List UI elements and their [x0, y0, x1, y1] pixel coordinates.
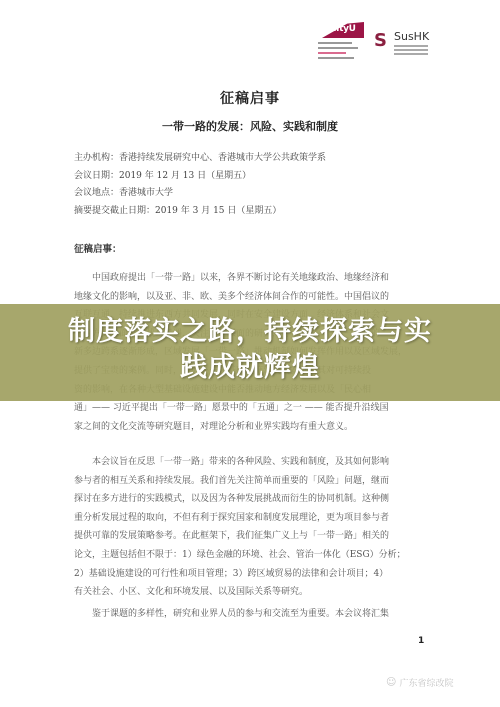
sushk-logo-name: SusHK: [394, 30, 429, 43]
page-number: 1: [418, 636, 424, 646]
paragraph-line: 探讨在多方进行的实践模式，以及因为各种发展挑战而衍生的协同机制。这种侧: [74, 490, 426, 509]
paragraph-2: 本会议旨在反思「一带一路」带来的各种风险、实践和制度，及其如何影响 参与者的相互…: [74, 453, 426, 602]
paragraph-line: 中国政府提出「一带一路」以来，各界不断讨论有关地缘政治、地缘经济和: [74, 269, 426, 288]
cityu-logo-word: CityU: [330, 24, 356, 34]
meta-date: 会议日期：2019 年 12 月 13 日（星期五）: [74, 168, 326, 186]
meta-deadline: 摘要提交截止日期：2019 年 3 月 15 日（星期五）: [74, 203, 326, 221]
document-subtitle: 一带一路的发展：风险、实践和制度: [0, 118, 500, 134]
paragraph-line: 参与者的相互关系和持续发展。我们首先关注简单而重要的「风险」问题，继而: [74, 472, 426, 491]
paragraph-line: 重分析发展过程的取向，不但有利于探究国家和制度发展理论，更为项目参与者: [74, 509, 426, 528]
paragraph-3: 鉴于课题的多样性，研究和业界人员的参与和交流至为重要。本会议将汇集: [74, 605, 426, 624]
paragraph-line: 2）基础设施建设的可行性和项目管理；3）跨区域贸易的法律和会计项目；4）: [74, 565, 426, 584]
paragraph-line: 鉴于课题的多样性，研究和业界人员的参与和交流至为重要。本会议将汇集: [74, 605, 426, 624]
watermark-text: 广东省综改院: [399, 676, 453, 689]
paragraph-line: 提供可靠的发展策略参考。在此框架下，我们征集广义上与「一带一路」相关的: [74, 527, 426, 546]
paragraph-line: 本会议旨在反思「一带一路」带来的各种风险、实践和制度，及其如何影响: [74, 453, 426, 472]
cityu-logo-caption: [318, 42, 358, 62]
document-page: CityU S SusHK 征稿启事 一带一路的发展：风险、实践和制度 主办机构…: [0, 0, 500, 707]
section-heading: 征稿启事：: [74, 241, 122, 255]
meta-venue: 会议地点：香港城市大学: [74, 185, 326, 203]
headline-line-1: 制度落实之路，持续探索与实: [0, 314, 500, 350]
source-watermark: ☺ 广东省综改院: [386, 676, 453, 689]
cityu-logo: CityU: [308, 14, 368, 62]
paragraph-line: 家之间的文化交流等研究题目，对理论分析和业界实践均有重大意义。: [74, 418, 426, 437]
paragraph-line: 有关社会、小区、文化和环境发展、以及国际关系等研究。: [74, 583, 426, 602]
sushk-logo: S SusHK: [374, 28, 444, 62]
meta-organizer: 主办机构：香港持续发展研究中心、香港城市大学公共政策学系: [74, 150, 326, 168]
conference-meta: 主办机构：香港持续发展研究中心、香港城市大学公共政策学系 会议日期：2019 年…: [74, 150, 326, 220]
paragraph-line: 论文，主题包括但不限于：1）绿色金融的环境、社会、管治一体化（ESG）分析；: [74, 546, 426, 565]
headline-text: 制度落实之路，持续探索与实 践成就辉煌: [0, 314, 500, 386]
sushk-logo-mark: S: [374, 32, 392, 50]
sushk-logo-caption: [394, 45, 428, 57]
headline-line-2: 践成就辉煌: [0, 350, 500, 386]
wechat-icon: ☺: [386, 677, 396, 688]
paragraph-line: 通」—— 习近平提出「一带一路」愿景中的「五通」之一 —— 能否提升沿线国: [74, 399, 426, 418]
document-title: 征稿启事: [0, 88, 500, 108]
